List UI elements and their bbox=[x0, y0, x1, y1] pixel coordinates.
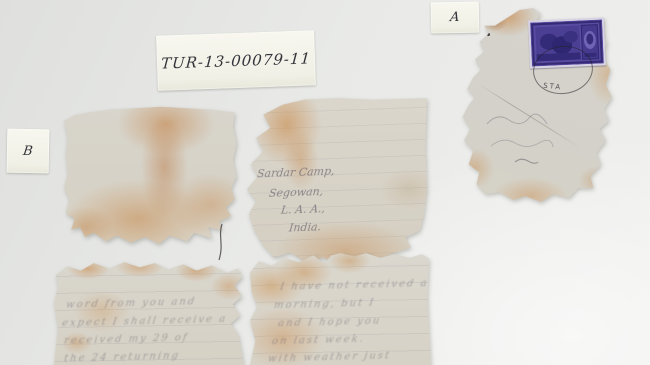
fragment-letter-left: word from you and expect I shall receive… bbox=[54, 260, 244, 365]
fragment-letter-right-paper: I have not received a morning, but I and… bbox=[250, 252, 431, 365]
reference-label-text: TUR-13-00079-11 bbox=[160, 49, 311, 72]
fragment-letter-right: I have not received a morning, but I and… bbox=[250, 252, 431, 365]
address-line: L. A. A., bbox=[280, 202, 326, 217]
postmark-text: STA bbox=[543, 82, 563, 92]
fragment-letter-left-paper: word from you and expect I shall receive… bbox=[54, 260, 244, 365]
letter-line: with weather just bbox=[267, 350, 391, 364]
fragment-envelope: STA bbox=[461, 6, 615, 204]
fragment-address-paper: Sardar Camp, Segowan, L. A. A., India. bbox=[247, 98, 427, 264]
letter-line: and I hope you bbox=[277, 316, 382, 330]
envelope-dark-speck bbox=[487, 33, 490, 36]
address-line: Sardar Camp, bbox=[256, 165, 335, 181]
letter-line: morning, but I bbox=[273, 298, 376, 312]
letter-line: received my 29 of bbox=[63, 332, 189, 346]
reference-label-slip: TUR-13-00079-11 bbox=[156, 30, 316, 90]
archival-photo-letter-fragments: TUR-13-00079-11 A B Sardar Camp, Segowan… bbox=[0, 0, 650, 365]
envelope-faint-handwriting bbox=[481, 104, 577, 180]
letter-line: expect I shall receive a bbox=[61, 314, 228, 329]
letter-line: word from you and bbox=[65, 296, 197, 310]
address-line: India. bbox=[288, 220, 321, 234]
marker-a-text: A bbox=[449, 10, 461, 25]
background-scratch-mark bbox=[213, 222, 229, 262]
fragment-address: Sardar Camp, Segowan, L. A. A., India. bbox=[247, 98, 427, 264]
letter-line: I have not received a bbox=[279, 278, 429, 293]
marker-b-text: B bbox=[22, 143, 34, 158]
letter-line: on last week. bbox=[271, 334, 365, 347]
letter-line: the 24 returning bbox=[63, 350, 181, 364]
address-line: Segowan, bbox=[268, 185, 324, 200]
marker-b-slip: B bbox=[7, 129, 50, 174]
